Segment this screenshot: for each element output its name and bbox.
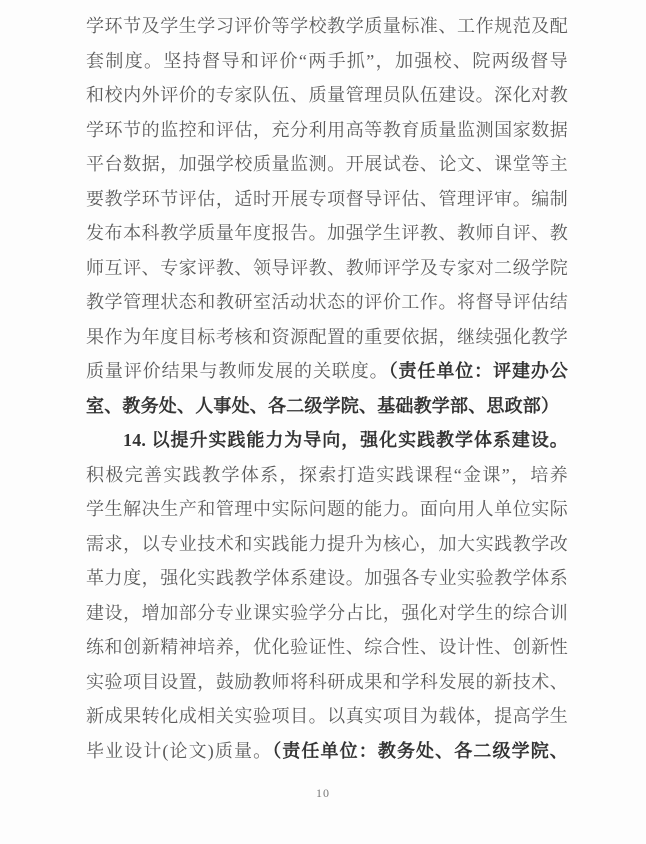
text-line: 和校内外评价的专家队伍、质量管理员队伍建设。深化对教 [86,78,568,113]
text-segment: 套制度。坚持督导和评价“两手抓”，加强校、院两级督导 [86,51,568,71]
text-line: 革力度，强化实践教学体系建设。加强各专业实验教学体系 [86,561,568,596]
text-line: 要教学环节评估，适时开展专项督导评估、管理评审。编制 [86,182,568,217]
text-line: 平台数据，加强学校质量监测。开展试卷、论文、课堂等主 [86,147,568,182]
text-segment: 实验项目设置，鼓励教师将科研成果和学科发展的新技术、 [86,672,568,692]
text-segment: 需求，以专业技术和实践能力提升为核心，加大实践教学改 [86,534,568,554]
text-line: 建设，增加部分专业课实验学分占比，强化对学生的综合训 [86,596,568,631]
text-line: 室、教务处、人事处、各二级学院、基础教学部、思政部） [86,389,568,424]
text-segment: （责任单位：教务处、各二级学院、 [272,741,568,761]
text-segment: 教学管理状态和教研室活动状态的评价工作。将督导评估结 [86,292,568,312]
text-segment: 质量评价结果与教师发展的关联度。 [86,361,389,381]
text-line: 需求，以专业技术和实践能力提升为核心，加大实践教学改 [86,527,568,562]
text-segment: 平台数据，加强学校质量监测。开展试卷、论文、课堂等主 [86,154,568,174]
text-line: 学环节的监控和评估，充分利用高等教育质量监测国家数据 [86,113,568,148]
text-line: 练和创新精神培养，优化验证性、综合性、设计性、创新性 [86,630,568,665]
text-segment: 学环节及学生学习评价等学校教学质量标准、工作规范及配 [86,16,568,36]
text-segment: 新成果转化成相关实验项目。以真实项目为载体，提高学生 [86,706,568,726]
text-segment: 建设，增加部分专业课实验学分占比，强化对学生的综合训 [86,603,568,623]
text-segment: 学环节的监控和评估，充分利用高等教育质量监测国家数据 [86,120,568,140]
text-segment: 室、教务处、人事处、各二级学院、基础教学部、思政部） [86,396,559,416]
document-body: 学环节及学生学习评价等学校教学质量标准、工作规范及配套制度。坚持督导和评价“两手… [86,9,568,768]
text-segment: 师互评、专家评教、领导评教、教师评学及专家对二级学院 [86,258,568,278]
page-number: 10 [0,786,646,801]
text-line: 新成果转化成相关实验项目。以真实项目为载体，提高学生 [86,699,568,734]
text-segment: 学生解决生产和管理中实际问题的能力。面向用人单位实际 [86,499,568,519]
text-line: 学环节及学生学习评价等学校教学质量标准、工作规范及配 [86,9,568,44]
text-line: 积极完善实践教学体系，探索打造实践课程“金课”，培养 [86,458,568,493]
text-line: 发布本科教学质量年度报告。加强学生评教、教师自评、教 [86,216,568,251]
text-line: 果作为年度目标考核和资源配置的重要依据，继续强化教学 [86,320,568,355]
text-line: 学生解决生产和管理中实际问题的能力。面向用人单位实际 [86,492,568,527]
text-segment: 练和创新精神培养，优化验证性、综合性、设计性、创新性 [86,637,568,657]
document-page: 学环节及学生学习评价等学校教学质量标准、工作规范及配套制度。坚持督导和评价“两手… [0,0,646,844]
text-line: 14. 以提升实践能力为导向，强化实践教学体系建设。 [86,423,568,458]
text-segment: （责任单位：评建办公 [389,361,568,381]
text-line: 毕业设计(论文)质量。（责任单位：教务处、各二级学院、 [86,734,568,769]
text-segment: 毕业设计(论文)质量。 [86,741,272,761]
text-segment: 积极完善实践教学体系，探索打造实践课程“金课”，培养 [86,465,568,485]
text-segment: 和校内外评价的专家队伍、质量管理员队伍建设。深化对教 [86,85,568,105]
text-segment: 革力度，强化实践教学体系建设。加强各专业实验教学体系 [86,568,568,588]
text-line: 套制度。坚持督导和评价“两手抓”，加强校、院两级督导 [86,44,568,79]
text-line: 质量评价结果与教师发展的关联度。（责任单位：评建办公 [86,354,568,389]
text-line: 实验项目设置，鼓励教师将科研成果和学科发展的新技术、 [86,665,568,700]
text-line: 师互评、专家评教、领导评教、教师评学及专家对二级学院 [86,251,568,286]
text-segment: 发布本科教学质量年度报告。加强学生评教、教师自评、教 [86,223,568,243]
text-line: 教学管理状态和教研室活动状态的评价工作。将督导评估结 [86,285,568,320]
text-segment: 14. 以提升实践能力为导向，强化实践教学体系建设。 [123,430,568,450]
text-segment: 果作为年度目标考核和资源配置的重要依据，继续强化教学 [86,327,568,347]
text-segment: 要教学环节评估，适时开展专项督导评估、管理评审。编制 [86,189,568,209]
